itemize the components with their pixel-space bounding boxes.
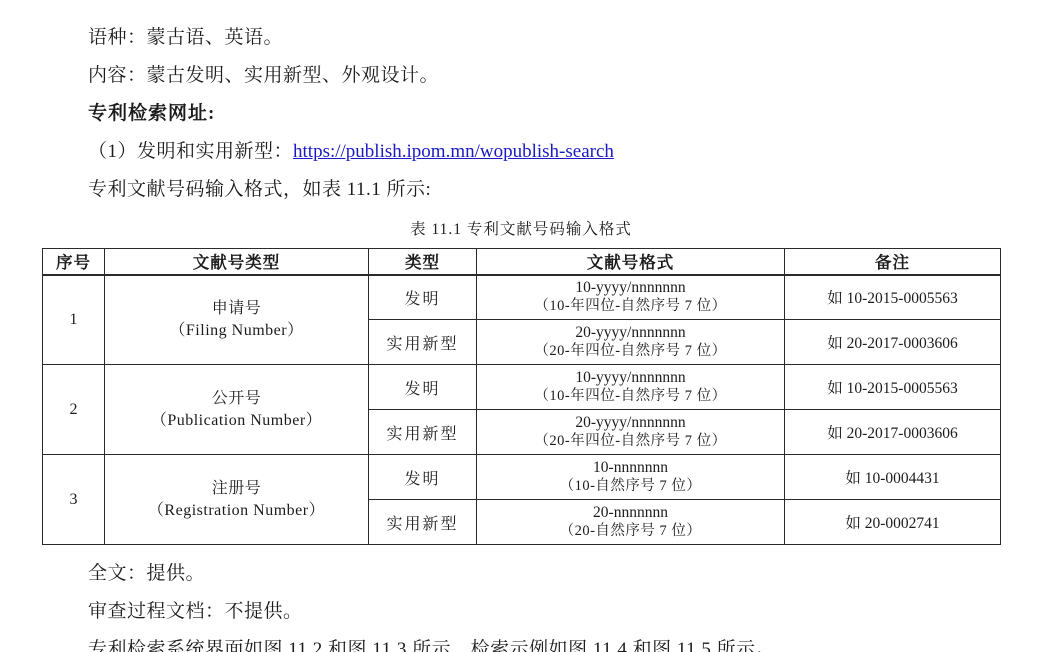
document-content: 语种：蒙古语、英语。 内容：蒙古发明、实用新型、外观设计。 专利检索网址: （1… — [0, 0, 1060, 652]
kind-cell: 实用新型 — [369, 320, 477, 365]
seq-cell-1: 1 — [43, 275, 105, 365]
table-row: 3 注册号 （Registration Number） 发明 10-nnnnnn… — [43, 455, 1001, 500]
format-cell: 10-yyyy/nnnnnnn （10-年四位-自然序号 7 位） — [477, 275, 785, 320]
kind-cell: 实用新型 — [369, 410, 477, 455]
patent-number-format-table: 序号 文献号类型 类型 文献号格式 备注 1 申请号 （Filing Numbe… — [42, 248, 1001, 545]
doc-type-cn: 注册号 — [107, 478, 366, 500]
format-code: 10-yyyy/nnnnnnn — [479, 278, 782, 297]
format-code: 10-nnnnnnn — [479, 458, 782, 477]
table-row: 1 申请号 （Filing Number） 发明 10-yyyy/nnnnnnn… — [43, 275, 1001, 320]
kind-cell: 发明 — [369, 275, 477, 320]
col-header-doc-type: 文献号类型 — [105, 249, 369, 275]
doc-type-cell-3: 注册号 （Registration Number） — [105, 455, 369, 545]
seq-cell-2: 2 — [43, 365, 105, 455]
kind-cell: 发明 — [369, 455, 477, 500]
format-desc: （20-年四位-自然序号 7 位） — [479, 432, 782, 451]
kind-cell: 实用新型 — [369, 500, 477, 545]
col-header-format: 文献号格式 — [477, 249, 785, 275]
remark-cell: 如 10-2015-0005563 — [785, 365, 1001, 410]
link-prefix-text: （1）发明和实用新型： — [88, 141, 293, 162]
paragraph-content-types: 内容：蒙古发明、实用新型、外观设计。 — [88, 65, 1020, 86]
table-caption: 表 11.1 专利文献号码输入格式 — [42, 217, 1000, 239]
paragraph-invention-link-line: （1）发明和实用新型：https://publish.ipom.mn/wopub… — [88, 141, 1020, 162]
seq-cell-3: 3 — [43, 455, 105, 545]
format-desc: （10-年四位-自然序号 7 位） — [479, 297, 782, 316]
doc-type-cn: 公开号 — [107, 388, 366, 410]
doc-type-cell-1: 申请号 （Filing Number） — [105, 275, 369, 365]
format-code: 20-yyyy/nnnnnnn — [479, 413, 782, 432]
kind-cell: 发明 — [369, 365, 477, 410]
document-page: 语种：蒙古语、英语。 内容：蒙古发明、实用新型、外观设计。 专利检索网址: （1… — [0, 0, 1060, 652]
table-row: 2 公开号 （Publication Number） 发明 10-yyyy/nn… — [43, 365, 1001, 410]
col-header-kind: 类型 — [369, 249, 477, 275]
format-cell: 20-yyyy/nnnnnnn （20-年四位-自然序号 7 位） — [477, 320, 785, 365]
paragraph-figures-reference: 专利检索系统界面如图 11.2 和图 11.3 所示，检索示例如图 11.4 和… — [88, 639, 1020, 652]
patent-search-link[interactable]: https://publish.ipom.mn/wopublish-search — [293, 141, 614, 162]
format-code: 10-yyyy/nnnnnnn — [479, 368, 782, 387]
col-header-seq: 序号 — [43, 249, 105, 275]
remark-cell: 如 10-0004431 — [785, 455, 1001, 500]
col-header-remark: 备注 — [785, 249, 1001, 275]
paragraph-format-intro: 专利文献号码输入格式，如表 11.1 所示: — [88, 179, 1020, 200]
format-cell: 10-yyyy/nnnnnnn （10-年四位-自然序号 7 位） — [477, 365, 785, 410]
format-code: 20-nnnnnnn — [479, 503, 782, 522]
format-cell: 20-nnnnnnn （20-自然序号 7 位） — [477, 500, 785, 545]
format-cell: 10-nnnnnnn （10-自然序号 7 位） — [477, 455, 785, 500]
paragraph-language: 语种：蒙古语、英语。 — [88, 27, 1020, 48]
format-code: 20-yyyy/nnnnnnn — [479, 323, 782, 342]
format-desc: （10-年四位-自然序号 7 位） — [479, 387, 782, 406]
paragraph-fulltext: 全文：提供。 — [88, 563, 1020, 584]
doc-type-cn: 申请号 — [107, 298, 366, 320]
format-cell: 20-yyyy/nnnnnnn （20-年四位-自然序号 7 位） — [477, 410, 785, 455]
format-desc: （10-自然序号 7 位） — [479, 477, 782, 496]
doc-type-cell-2: 公开号 （Publication Number） — [105, 365, 369, 455]
remark-cell: 如 20-2017-0003606 — [785, 320, 1001, 365]
paragraph-search-url-heading: 专利检索网址: — [88, 103, 1020, 124]
doc-type-en: （Registration Number） — [107, 500, 366, 522]
format-desc: （20-自然序号 7 位） — [479, 522, 782, 541]
remark-cell: 如 20-2017-0003606 — [785, 410, 1001, 455]
doc-type-en: （Filing Number） — [107, 320, 366, 342]
paragraph-exam-docs: 审查过程文档：不提供。 — [88, 601, 1020, 622]
table-header-row: 序号 文献号类型 类型 文献号格式 备注 — [43, 249, 1001, 275]
doc-type-en: （Publication Number） — [107, 410, 366, 432]
remark-cell: 如 10-2015-0005563 — [785, 275, 1001, 320]
format-desc: （20-年四位-自然序号 7 位） — [479, 342, 782, 361]
remark-cell: 如 20-0002741 — [785, 500, 1001, 545]
